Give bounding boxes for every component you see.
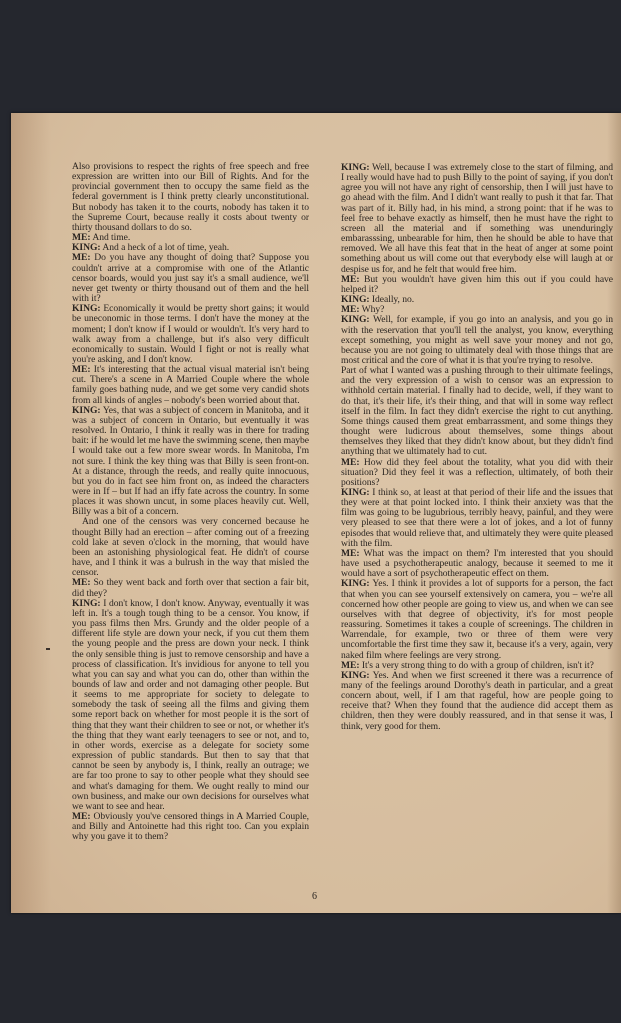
paragraph: KING: Yes, that was a subject of concern… <box>72 406 309 518</box>
paragraph-text: I don't know, I don't know. Anyway, even… <box>72 598 309 812</box>
magazine-page: Also provisions to respect the rights of… <box>11 113 621 913</box>
paragraph-text: What was the impact on them? I'm interes… <box>341 548 613 579</box>
paragraph-text: Also provisions to respect the rights of… <box>72 161 309 233</box>
paragraph: KING: I don't know, I don't know. Anyway… <box>72 599 309 812</box>
paragraph: ME: How did they feel about the totality… <box>341 458 613 488</box>
paragraph: Also provisions to respect the rights of… <box>72 162 309 233</box>
paragraph-text: I think so, at least at that period of t… <box>341 487 613 549</box>
paragraph-text: Yes, that was a subject of concern in Ma… <box>72 405 309 518</box>
paragraph-text: Yes. I think it provides a lot of suppor… <box>341 578 613 660</box>
paragraph-text: So they went back and forth over that se… <box>72 577 309 598</box>
paragraph-text: Do you have any thought of doing that? S… <box>72 252 309 304</box>
paragraph: KING: I think so, at least at that perio… <box>341 488 613 549</box>
paragraph: ME: It's interesting that the actual vis… <box>72 365 309 406</box>
paragraph: ME: So they went back and forth over tha… <box>72 578 309 598</box>
paragraph: Part of what I wanted was a pushing thro… <box>341 366 613 457</box>
paragraph-text: Economically it would be pretty short ga… <box>72 303 309 365</box>
paragraph-text: It's interesting that the actual visual … <box>72 364 309 405</box>
paragraph: KING: Yes. I think it provides a lot of … <box>341 579 613 660</box>
paragraph: ME: Obviously you've censored things in … <box>72 812 309 842</box>
paragraph: ME: What was the impact on them? I'm int… <box>341 549 613 579</box>
right-column: KING: Well, because I was extremely clos… <box>341 163 613 732</box>
paragraph: And one of the censors was very concerne… <box>72 517 309 578</box>
paragraph: KING: Well, for example, if you go into … <box>341 315 613 366</box>
paragraph-text: And one of the censors was very concerne… <box>72 516 309 578</box>
paragraph-text: How did they feel about the totality, wh… <box>341 457 613 488</box>
paragraph: KING: Yes. And when we first screened it… <box>341 671 613 732</box>
margin-mark <box>46 648 50 650</box>
paragraph-text: Yes. And when we first screened it there… <box>341 670 613 732</box>
paragraph-text: Well, for example, if you go into an ana… <box>341 314 613 366</box>
paragraph: KING: Economically it would be pretty sh… <box>72 304 309 365</box>
paragraph-text: Part of what I wanted was a pushing thro… <box>341 365 613 457</box>
paragraph-text: Well, because I was extremely close to t… <box>341 162 613 275</box>
paragraph-text: But you wouldn't have given him this out… <box>341 274 613 295</box>
paragraph: KING: Well, because I was extremely clos… <box>341 163 613 275</box>
left-column: Also provisions to respect the rights of… <box>72 162 309 842</box>
paragraph: ME: Do you have any thought of doing tha… <box>72 253 309 304</box>
paragraph-text: Obviously you've censored things in A Ma… <box>72 811 309 842</box>
paragraph: ME: But you wouldn't have given him this… <box>341 275 613 295</box>
page-number: 6 <box>312 891 317 902</box>
